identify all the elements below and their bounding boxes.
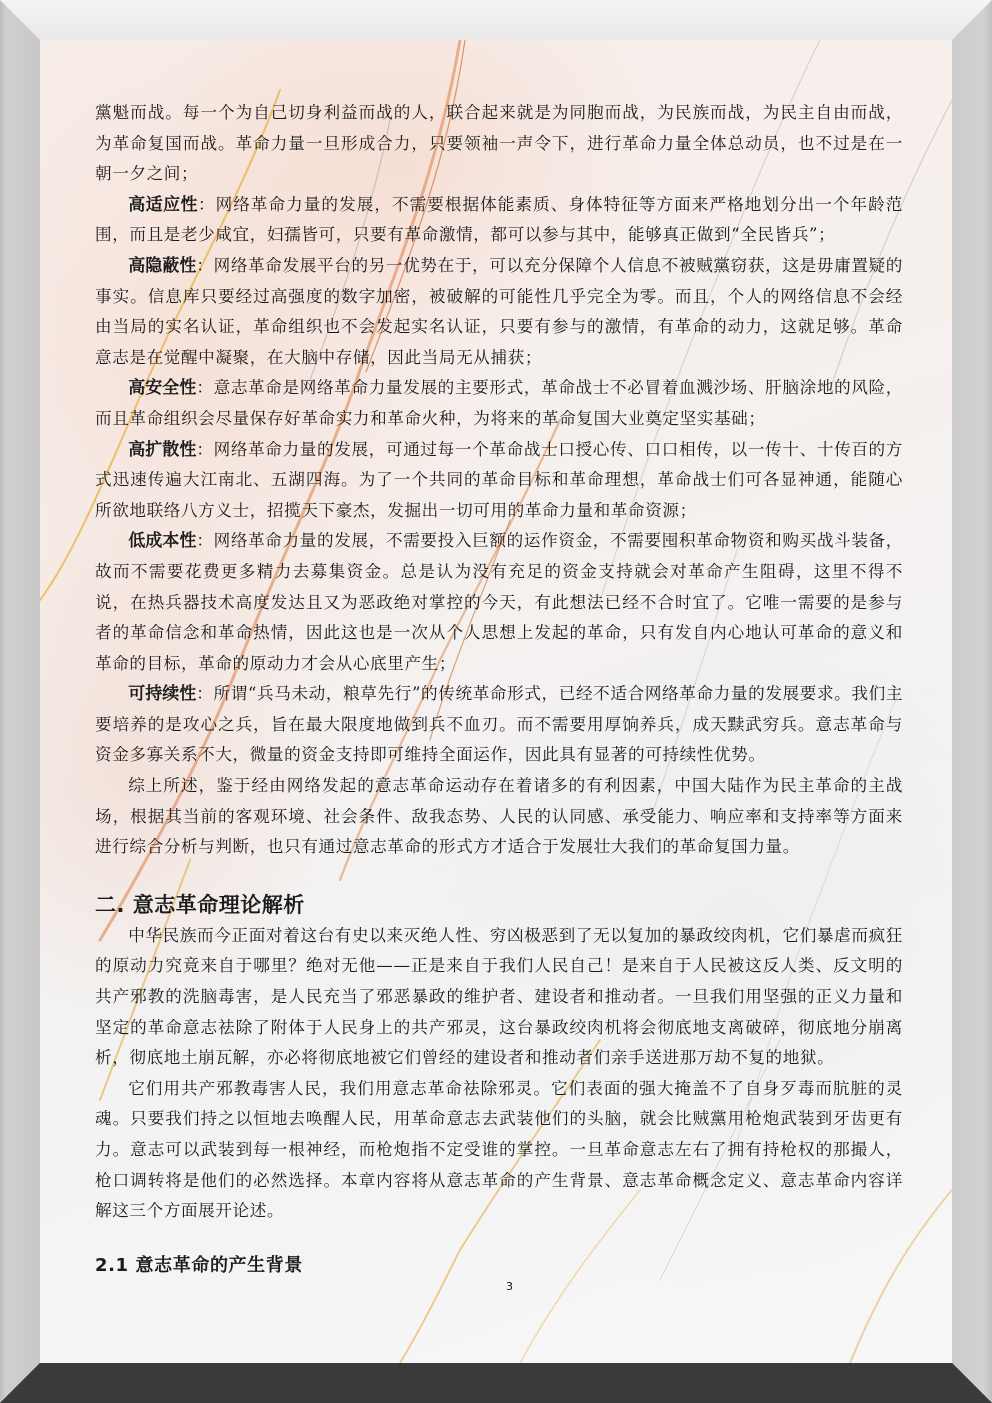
paragraph: 中华民族而今正面对着这台有史以来灭绝人性、穷凶极恶到了无以复加的暴政绞肉机，它们… [95, 921, 903, 1074]
paragraph-summary: 综上所述，鉴于经由网络发起的意志革命运动存在着诸多的有利因素，中国大陆作为民主革… [95, 771, 903, 863]
keyword-label: 高安全性 [128, 378, 196, 398]
subsection-heading: 2.1 意志革命的产生背景 [95, 1251, 903, 1281]
paragraph-text: ：网络革命发展平台的另一优势在于，可以充分保障个人信息不被贼黨窃获，这是毋庸置疑… [95, 256, 903, 367]
frame-left-bevel [0, 0, 40, 1403]
document-body: 黨魁而战。每一个为自己切身利益而战的人，联合起来就是为同胞而战，为民族而战，为民… [95, 98, 903, 1281]
paragraph-text: ：意志革命是网络革命力量发展的主要形式，革命战士不必冒着血溅沙场、肝脑涂地的风险… [95, 378, 903, 428]
frame-bottom-shadow [0, 1363, 992, 1403]
section-heading: 二. 意志革命理论解析 [95, 889, 903, 921]
document-page: 黨魁而战。每一个为自己切身利益而战的人，联合起来就是为同胞而战，为民族而战，为民… [40, 40, 952, 1363]
keyword-label: 可持续性 [128, 684, 196, 704]
paragraph-high-adaptability: 高适应性：网络革命力量的发展，不需要根据体能素质、身体特征等方面来严格地划分出一… [95, 190, 903, 251]
keyword-label: 低成本性 [128, 531, 196, 551]
paragraph: 黨魁而战。每一个为自己切身利益而战的人，联合起来就是为同胞而战，为民族而战，为民… [95, 98, 903, 190]
paragraph-text: ：所谓“兵马未动，粮草先行”的传统革命形式，已经不适合网络革命力量的发展要求。我… [95, 684, 903, 764]
paragraph: 它们用共产邪教毒害人民，我们用意志革命祛除邪灵。它们表面的强大掩盖不了自身歹毒而… [95, 1074, 903, 1227]
paragraph-low-cost: 低成本性：网络革命力量的发展，不需要投入巨额的运作资金，不需要囤积革命物资和购买… [95, 526, 903, 679]
paragraph-high-concealment: 高隐蔽性：网络革命发展平台的另一优势在于，可以充分保障个人信息不被贼黨窃获，这是… [95, 251, 903, 373]
frame-top-bevel [0, 0, 992, 40]
paragraph-high-security: 高安全性：意志革命是网络革命力量发展的主要形式，革命战士不必冒着血溅沙场、肝脑涂… [95, 373, 903, 434]
frame-right-bevel [952, 0, 992, 1403]
paragraph-sustainability: 可持续性：所谓“兵马未动，粮草先行”的传统革命形式，已经不适合网络革命力量的发展… [95, 679, 903, 771]
keyword-label: 高隐蔽性 [128, 256, 196, 276]
page-number: 3 [506, 1280, 513, 1293]
paragraph-text: ：网络革命力量的发展，不需要根据体能素质、身体特征等方面来严格地划分出一个年龄范… [95, 195, 903, 245]
paragraph-text: ：网络革命力量的发展，可通过每一个革命战士口授心传、口口相传，以一传十、十传百的… [95, 440, 903, 520]
keyword-label: 高扩散性 [128, 440, 196, 460]
keyword-label: 高适应性 [128, 195, 198, 215]
paragraph-text: ：网络革命力量的发展，不需要投入巨额的运作资金，不需要囤积革命物资和购买战斗装备… [95, 531, 903, 672]
paragraph-high-diffusion: 高扩散性：网络革命力量的发展，可通过每一个革命战士口授心传、口口相传，以一传十、… [95, 435, 903, 527]
